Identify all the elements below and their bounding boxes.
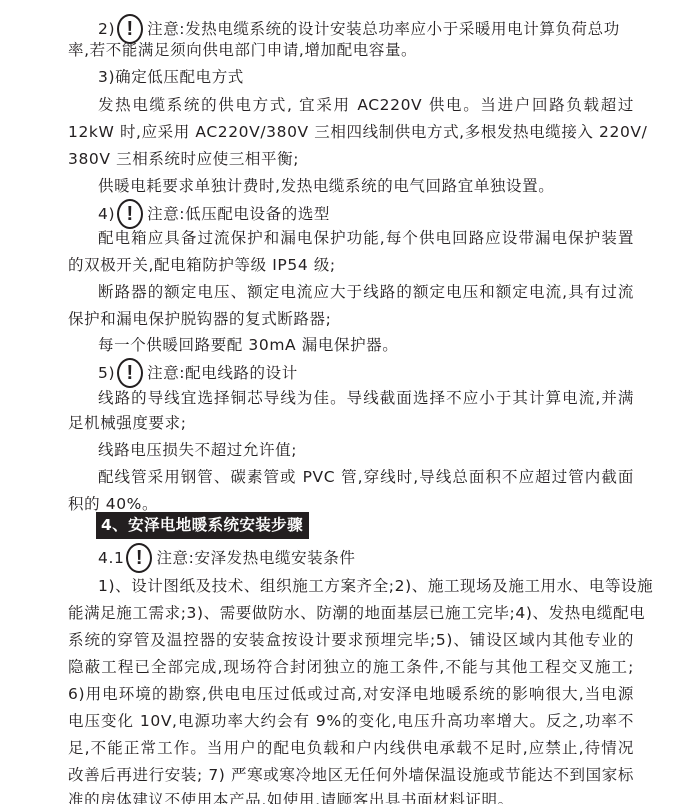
note-text: 注意:安泽发热电缆安装条件 <box>156 548 355 568</box>
body-line: 线路的导线宜选择铜芯导线为佳。导线截面选择不应小于其计算电流,并满 <box>98 388 634 408</box>
note-text: 注意:低压配电设备的选型 <box>147 204 330 224</box>
note-5: 5) ! 注意:配电线路的设计 <box>98 358 634 388</box>
body-line: 6)用电环境的勘察,供电电压过低或过高,对安泽电地暖系统的影响很大,当电源 <box>68 684 634 704</box>
note-number: 2) <box>98 19 115 39</box>
body-line: 准的房体建议不使用本产品,如使用,请顾客出具书面材料证明。 <box>68 790 634 804</box>
body-line: 足机械强度要求; <box>68 413 634 433</box>
note-4-1: 4.1 ! 注意:安泽发热电缆安装条件 <box>98 543 634 573</box>
body-line: 12kW 时,应采用 AC220V/380V 三相四线制供电方式,多根发热电缆接… <box>68 122 634 142</box>
body-line: 380V 三相系统时应使三相平衡; <box>68 149 634 169</box>
body-line: 保护和漏电保护脱钩器的复式断路器; <box>68 309 634 329</box>
body-line: 足,不能正常工作。当用户的配电负载和户内线供电承载不足时,应禁止,待情况 <box>68 738 634 758</box>
body-line: 发热电缆系统的供电方式, 宜采用 AC220V 供电。当进户回路负载超过 <box>98 95 634 115</box>
section-heading: 4、安泽电地暖系统安装步骤 <box>96 512 309 539</box>
body-line: 断路器的额定电压、额定电流应大于线路的额定电压和额定电流,具有过流 <box>98 282 634 302</box>
body-line: 配电箱应具备过流保护和漏电保护功能,每个供电回路应设带漏电保护装置 <box>98 228 634 248</box>
body-line: 隐蔽工程已全部完成,现场符合封闭独立的施工条件,不能与其他工程交叉施工; <box>68 657 634 677</box>
warning-exclamation-icon: ! <box>126 543 152 573</box>
note-number: 5) <box>98 363 115 383</box>
note-number: 4.1 <box>98 548 124 568</box>
note-4: 4) ! 注意:低压配电设备的选型 <box>98 199 634 229</box>
body-line: 每一个供暖回路要配 30mA 漏电保护器。 <box>98 335 634 355</box>
body-line: 配线管采用钢管、碳素管或 PVC 管,穿线时,导线总面积不应超过管内截面 <box>98 467 634 487</box>
body-line: 率,若不能满足须向供电部门申请,增加配电容量。 <box>68 40 634 60</box>
warning-exclamation-icon: ! <box>117 358 143 388</box>
body-line: 系统的穿管及温控器的安装盒按设计要求预埋完毕;5)、铺设区域内其他专业的 <box>68 630 634 650</box>
body-line: 积的 40%。 <box>68 494 634 514</box>
body-line: 1)、设计图纸及技术、组织施工方案齐全;2)、施工现场及施工用水、电等设施 <box>98 576 634 596</box>
body-line: 电压变化 10V,电源功率大约会有 9%的变化,电压升高功率增大。反之,功率不 <box>68 711 634 731</box>
body-line: 的双极开关,配电箱防护等级 IP54 级; <box>68 255 634 275</box>
subheading-3: 3)确定低压配电方式 <box>98 67 634 87</box>
note-number: 4) <box>98 204 115 224</box>
note-text: 注意:配电线路的设计 <box>147 363 298 383</box>
body-line: 线路电压损失不超过允许值; <box>98 440 634 460</box>
body-line: 供暖电耗要求单独计费时,发热电缆系统的电气回路宜单独设置。 <box>98 176 634 196</box>
body-line: 改善后再进行安装; 7) 严寒或寒冷地区无任何外墙保温设施或节能达不到国家标 <box>68 765 634 785</box>
body-line: 能满足施工需求;3)、需要做防水、防潮的地面基层已施工完毕;4)、发热电缆配电 <box>68 603 634 623</box>
note-text: 注意:发热电缆系统的设计安装总功率应小于采暖用电计算负荷总功 <box>147 19 620 39</box>
warning-exclamation-icon: ! <box>117 199 143 229</box>
